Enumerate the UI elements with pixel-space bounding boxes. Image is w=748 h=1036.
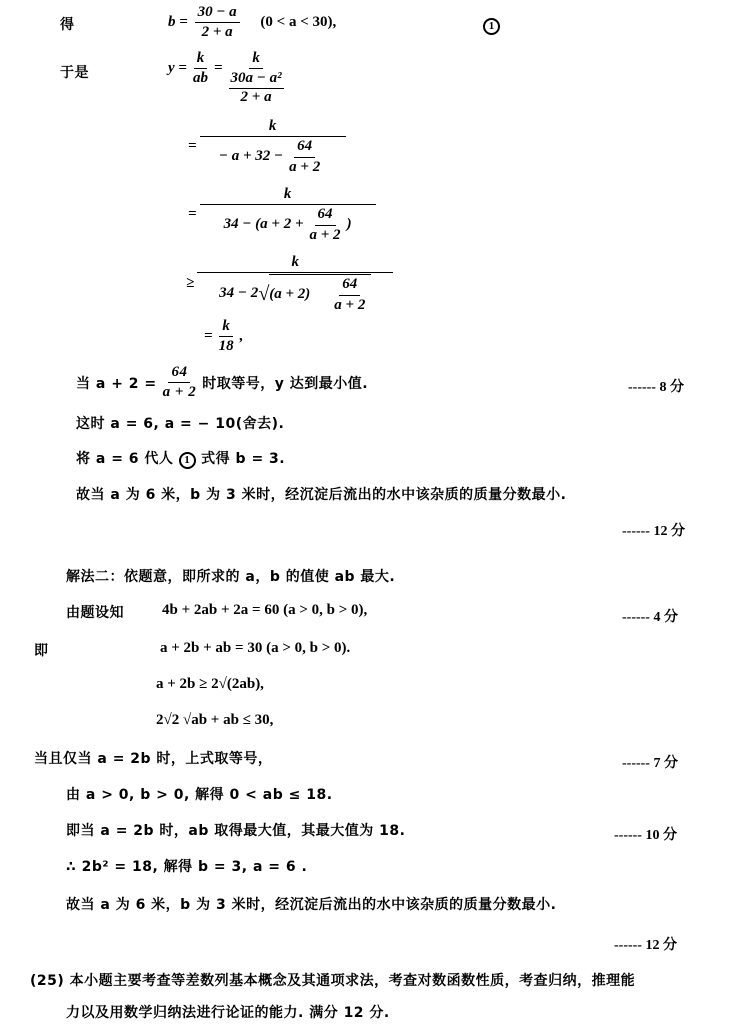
equality-condition: 当且仅当 a = 2b 时，上式取等号， xyxy=(34,748,272,768)
score-10: ------ 10 分 xyxy=(614,824,677,844)
sqrt-icon: √ xyxy=(258,283,269,306)
eq-b-den: 2 + a xyxy=(199,23,236,41)
ji-equation: a + 2b + ab = 30 (a > 0, b > 0). xyxy=(160,640,350,657)
eq-b-num: 30 − a xyxy=(195,4,240,23)
eq-b-fraction: 30 − a 2 + a xyxy=(195,4,240,42)
eq-y-lhs: y = xyxy=(168,60,187,77)
label-yushi: 于是 xyxy=(60,62,89,82)
problem25-line1: (25) 本小题主要考查等差数列基本概念及其通项求法，考查对数函数性质，考查归纳… xyxy=(30,970,635,990)
equation-y: y = k ab = k 30a − a² 2 + a xyxy=(168,50,290,106)
score-8: ------ 8 分 xyxy=(628,376,684,396)
inequality-2: 2√2 √ab + ab ≤ 30, xyxy=(156,712,273,729)
equation-line2: = k − a + 32 − 64a + 2 xyxy=(188,118,349,176)
score-12-b: ------ 12 分 xyxy=(614,934,677,954)
circled-one-marker: 1 xyxy=(483,14,500,35)
ji-label: 即 xyxy=(34,640,49,660)
equation-line3: = k 34 − (a + 2 + 64a + 2 ) xyxy=(188,186,379,244)
conclusion-1: 故当 a 为 6 米，b 为 3 米时，经沉淀后流出的水中该杂质的质量分数最小. xyxy=(76,484,566,504)
line-a-equals-6: 这时 a = 6, a = − 10(舍去). xyxy=(76,413,284,433)
circled-one-marker: 1 xyxy=(179,452,196,469)
score-12-a: ------ 12 分 xyxy=(622,520,685,540)
solve-line: 由 a > 0, b > 0, 解得 0 < ab ≤ 18. xyxy=(66,784,333,804)
score-7: ------ 7 分 xyxy=(622,752,678,772)
eq-y-frac1: k ab xyxy=(190,50,211,88)
score-4: ------ 4 分 xyxy=(622,606,678,626)
equation-line5: = k18 , xyxy=(204,318,243,356)
line-substitute: 将 a = 6 代人 1 式得 b = 3. xyxy=(76,448,285,469)
problem25-line2: 力以及用数学归纳法进行论证的能力. 满分 12 分. xyxy=(66,1002,390,1022)
therefore-line: ∴ 2b² = 18, 解得 b = 3, a = 6 . xyxy=(66,856,307,876)
equation-line4: ≥ k 34 − 2 √ (a + 2) 64a + 2 xyxy=(186,254,396,314)
label-de: 得 xyxy=(60,14,75,34)
given-label: 由题设知 xyxy=(66,602,124,622)
equation-b: b = 30 − a 2 + a (0 < a < 30), xyxy=(168,4,336,42)
inequality-1: a + 2b ≥ 2√(2ab), xyxy=(156,676,264,693)
solution2-heading: 解法二：依题意，即所求的 a，b 的值使 ab 最大. xyxy=(66,566,395,586)
eq-b-lhs: b = xyxy=(168,14,188,30)
given-equation: 4b + 2ab + 2a = 60 (a > 0, b > 0), xyxy=(162,602,367,619)
eq-y-frac2: k 30a − a² 2 + a xyxy=(226,50,287,106)
max-line: 即当 a = 2b 时，ab 取得最大值，其最大值为 18. xyxy=(66,820,405,840)
conclusion-2: 故当 a 为 6 米，b 为 3 米时，经沉淀后流出的水中该杂质的质量分数最小. xyxy=(66,894,556,914)
equality-condition-line: 当 a + 2 = 64a + 2 时取等号，y 达到最小值. xyxy=(76,364,368,402)
eq-b-condition: (0 < a < 30), xyxy=(260,14,336,30)
